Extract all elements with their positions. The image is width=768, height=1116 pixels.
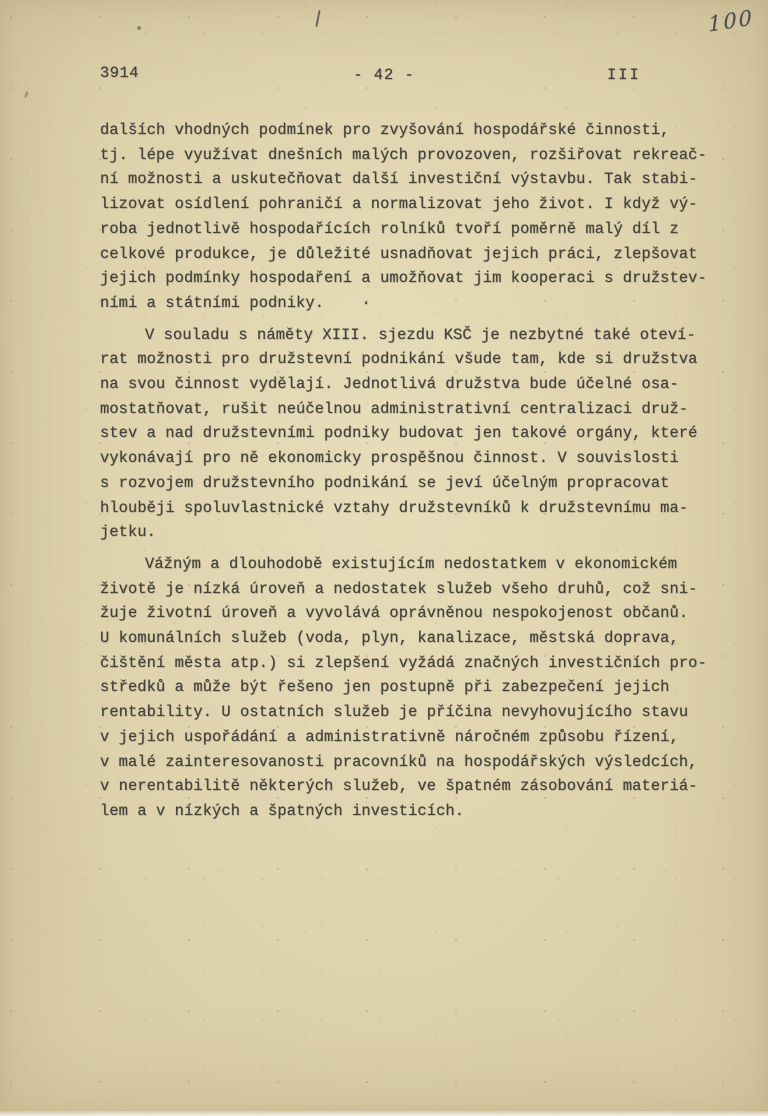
ink-dot-artifact	[137, 26, 141, 30]
scan-edge	[0, 1111, 768, 1116]
margin-mark-artifact	[24, 91, 29, 99]
body-paragraph: dalších vhodných podmínek pro zvyšování …	[100, 118, 740, 316]
doc-number: 3914	[100, 64, 139, 82]
body-paragraph: V souladu s náměty XIII. sjezdu KSČ je n…	[100, 323, 740, 545]
section-number: III	[607, 66, 641, 84]
body-paragraph: Vážným a dlouhodobě existujícím nedostat…	[100, 552, 740, 824]
handwritten-page-number: 100	[708, 5, 755, 36]
page-number: - 42 -	[353, 66, 414, 84]
pen-stroke-artifact	[315, 10, 320, 27]
body-text: dalších vhodných podmínek pro zvyšování …	[100, 118, 740, 824]
scanned-typescript-page: 100 3914 - 42 - III dalších vhodných pod…	[0, 0, 768, 1116]
